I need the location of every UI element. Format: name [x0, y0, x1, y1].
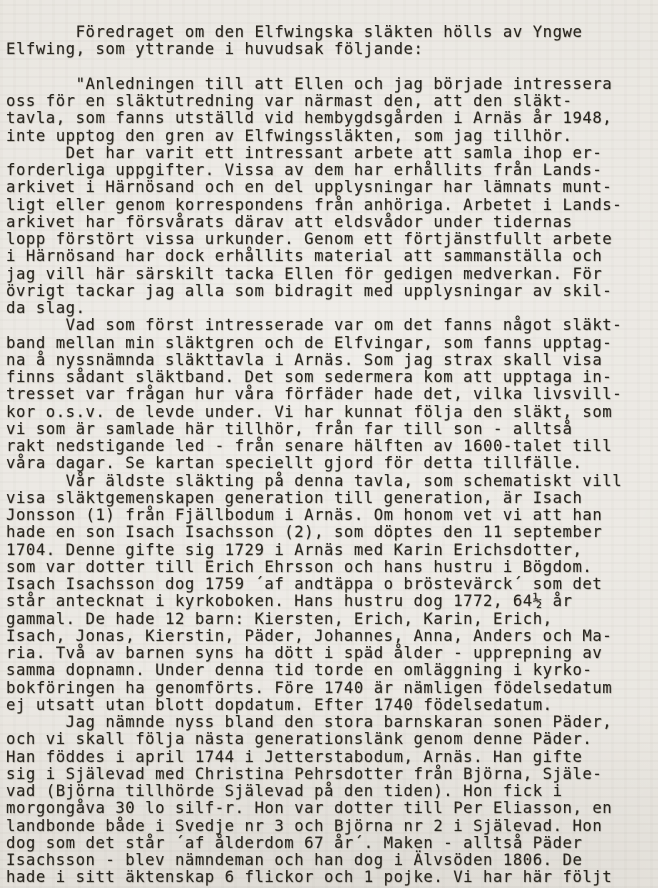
- text-line: forderliga uppgifter. Vissa av dem har e…: [6, 162, 654, 179]
- text-line: övrigt tackar jag alla som bidragit med …: [6, 283, 654, 300]
- text-line: Vad som först intresserade var om det fa…: [6, 317, 654, 334]
- text-line: som var dotter till Erich Ehrsson och ha…: [6, 559, 654, 576]
- text-line: 1704. Denne gifte sig 1729 i Arnäs med K…: [6, 542, 654, 559]
- document-page: Föredraget om den Elfwingska släkten höl…: [0, 0, 658, 888]
- text-line: bokföringen ha genomförts. Före 1740 är …: [6, 680, 654, 697]
- text-line: Isach, Jonas, Kierstin, Päder, Johannes,…: [6, 628, 654, 645]
- text-line: finns sådant släktband. Det som sedermer…: [6, 369, 654, 386]
- text-line: tavla, som fanns utställd vid hembygdsgå…: [6, 110, 654, 127]
- text-line: ligt eller genom korrespondens från anhö…: [6, 197, 654, 214]
- text-line: arkivet i Härnösand och en del upplysnin…: [6, 179, 654, 196]
- text-line: landbonde både i Svedje nr 3 och Björna …: [6, 818, 654, 835]
- text-line: sig i Själevad med Christina Pehrsdotter…: [6, 766, 654, 783]
- text-line: arkivet har försvårats därav att eldsvåd…: [6, 214, 654, 231]
- text-line: na å nyssnämnda släkttavla i Arnäs. Som …: [6, 352, 654, 369]
- text-line: inte upptog den gren av Elfwingssläkten,…: [6, 128, 654, 145]
- text-line: [6, 59, 654, 76]
- text-line: vi som är samlade här tillhör, från far …: [6, 421, 654, 438]
- text-line: Jag nämnde nyss bland den stora barnskar…: [6, 714, 654, 731]
- text-line: "Anledningen till att Ellen och jag börj…: [6, 76, 654, 93]
- text-line: Elfwing, som yttrande i huvudsak följand…: [6, 41, 654, 58]
- text-line: visa släktgemenskapen generation till ge…: [6, 490, 654, 507]
- text-line: morgongåva 30 lo silf-r. Hon var dotter …: [6, 800, 654, 817]
- text-line: ria. Två av barnen syns ha dött i späd å…: [6, 645, 654, 662]
- text-line: tresset var frågan hur våra förfäder had…: [6, 386, 654, 403]
- text-line: lopp förstört vissa urkunder. Genom ett …: [6, 231, 654, 248]
- text-line: hade en son Isach Isachsson (2), som döp…: [6, 524, 654, 541]
- text-line: Isach Isachsson dog 1759 ´af andtäppa o …: [6, 576, 654, 593]
- text-line: Jonsson (1) från Fjällbodum i Arnäs. Om …: [6, 507, 654, 524]
- text-line: band mellan min släktgren och de Elfving…: [6, 335, 654, 352]
- text-line: oss för en släktutredning var närmast de…: [6, 93, 654, 110]
- text-line: i Härnösand har dock erhållits material …: [6, 248, 654, 265]
- text-line: Isachsson - blev nämndeman och han dog i…: [6, 852, 654, 869]
- text-line: och vi skall följa nästa generationslänk…: [6, 731, 654, 748]
- document-text: Föredraget om den Elfwingska släkten höl…: [6, 24, 654, 887]
- text-line: Det har varit ett intressant arbete att …: [6, 145, 654, 162]
- text-line: vad (Björna tillhörde Själevad på den ti…: [6, 783, 654, 800]
- text-line: jag vill här särskilt tacka Ellen för ge…: [6, 266, 654, 283]
- text-line: da slag.: [6, 300, 654, 317]
- text-line: Vår äldste släkting på denna tavla, som …: [6, 473, 654, 490]
- text-line: står antecknat i kyrkoboken. Hans hustru…: [6, 593, 654, 610]
- text-line: dog som det står ´af ålderdom 67 år´. Ma…: [6, 835, 654, 852]
- text-line: samma dopnamn. Under denna tid torde en …: [6, 662, 654, 679]
- text-line: Han föddes i april 1744 i Jetterstabodum…: [6, 749, 654, 766]
- text-line: våra dagar. Se kartan speciellt gjord fö…: [6, 455, 654, 472]
- text-line: kor o.s.v. de levde under. Vi har kunnat…: [6, 404, 654, 421]
- text-line: hade i sitt äktenskap 6 flickor och 1 po…: [6, 869, 654, 886]
- text-line: rakt nedstigande led - från senare hälft…: [6, 438, 654, 455]
- text-line: Föredraget om den Elfwingska släkten höl…: [6, 24, 654, 41]
- text-line: gammal. De hade 12 barn: Kiersten, Erich…: [6, 611, 654, 628]
- text-line: ej utsatt utan blott dopdatum. Efter 174…: [6, 697, 654, 714]
